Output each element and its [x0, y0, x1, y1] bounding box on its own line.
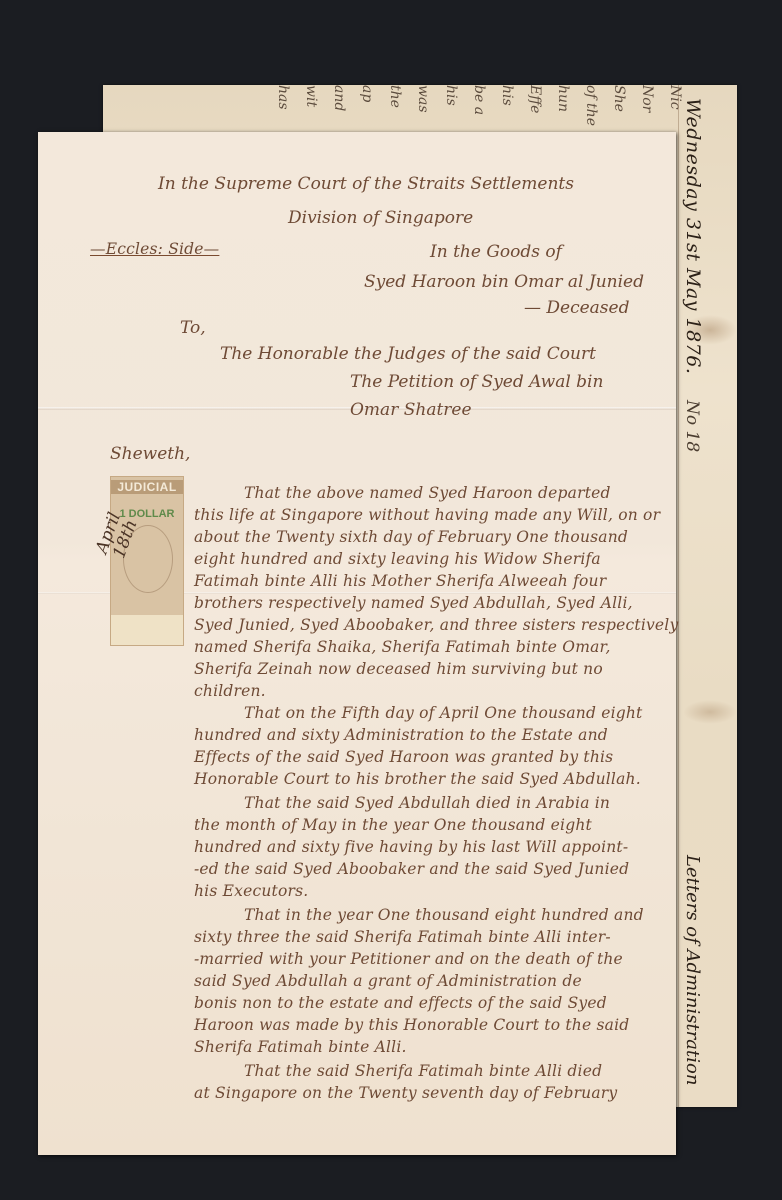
addressee-line2: The Petition of Syed Awal bin — [350, 372, 603, 392]
script-fragment: and — [331, 85, 347, 135]
stamp-header: JUDICIAL — [111, 480, 183, 494]
endorsement-number: No 18 — [682, 400, 702, 452]
court-heading-line2: Division of Singapore — [288, 208, 473, 228]
body-line: children. — [194, 682, 266, 700]
script-fragment: be a — [471, 85, 487, 135]
paper-stain — [683, 700, 737, 724]
body-line: at Singapore on the Twenty seventh day o… — [194, 1084, 617, 1102]
body-line: That in the year One thousand eight hund… — [244, 906, 644, 924]
stamp-cancellation: April 18th — [89, 500, 205, 594]
body-line: named Sherifa Shaika, Sherifa Fatimah bi… — [194, 638, 611, 656]
addressee-line1: The Honorable the Judges of the said Cou… — [220, 344, 596, 364]
addressee-to: To, — [180, 318, 206, 338]
script-fragment: Nic — [667, 85, 683, 135]
side-label: —Eccles: Side— — [90, 240, 219, 258]
back-sheet-script-fragments: Nic Nor She of the hun Effe his be a his… — [243, 85, 683, 135]
script-fragment: was — [415, 85, 431, 135]
body-line: said Syed Abdullah a grant of Administra… — [194, 972, 582, 990]
body-line: Effects of the said Syed Haroon was gran… — [194, 748, 613, 766]
script-fragment: She — [611, 85, 627, 135]
stamp-selvage — [111, 615, 183, 645]
body-line: Honorable Court to his brother the said … — [194, 770, 641, 788]
script-fragment: Nor — [639, 85, 655, 135]
judicial-revenue-stamp: JUDICIAL 1 DOLLAR April 18th — [110, 476, 184, 646]
body-line: That the said Sherifa Fatimah binte Alli… — [244, 1062, 602, 1080]
body-line: about the Twenty sixth day of February O… — [194, 528, 628, 546]
body-line: -married with your Petitioner and on the… — [194, 950, 623, 968]
body-line: his Executors. — [194, 882, 308, 900]
addressee-line3: Omar Shatree — [350, 400, 472, 420]
paper-fold-line — [678, 85, 679, 1107]
body-line: this life at Singapore without having ma… — [194, 506, 660, 524]
body-line: brothers respectively named Syed Abdulla… — [194, 594, 633, 612]
script-fragment: has — [275, 85, 291, 135]
script-fragment: wit — [303, 85, 319, 135]
body-line: the month of May in the year One thousan… — [194, 816, 592, 834]
script-fragment: the — [387, 85, 403, 135]
script-fragment: Effe — [527, 85, 543, 135]
salutation: Sheweth, — [110, 444, 190, 464]
petition-page: In the Supreme Court of the Straits Sett… — [38, 132, 676, 1155]
body-line: Syed Junied, Syed Aboobaker, and three s… — [194, 616, 678, 634]
body-line: hundred and sixty Administration to the … — [194, 726, 608, 744]
script-fragment: his — [499, 85, 515, 135]
endorsement-date: Wednesday 31st May 1876. — [682, 98, 704, 374]
body-line: hundred and sixty five having by his las… — [194, 838, 628, 856]
script-fragment: hun — [555, 85, 571, 135]
body-line: Haroon was made by this Honorable Court … — [194, 1016, 629, 1034]
script-fragment: of the — [583, 85, 599, 135]
matter-line1: In the Goods of — [430, 242, 562, 262]
matter-deceased-label: — Deceased — [524, 298, 629, 318]
body-line: That on the Fifth day of April One thous… — [244, 704, 642, 722]
endorsement-title: Letters of Administration — [682, 855, 703, 1085]
matter-deceased-name: Syed Haroon bin Omar al Junied — [364, 272, 644, 292]
body-line: That the said Syed Abdullah died in Arab… — [244, 794, 610, 812]
script-fragment: ap — [359, 85, 375, 135]
body-line: Sherifa Fatimah binte Alli. — [194, 1038, 407, 1056]
body-line: bonis non to the estate and effects of t… — [194, 994, 607, 1012]
script-fragment: his — [443, 85, 459, 135]
body-line: That the above named Syed Haroon departe… — [244, 484, 611, 502]
body-line: Sherifa Zeinah now deceased him survivin… — [194, 660, 603, 678]
body-line: Fatimah binte Alli his Mother Sherifa Al… — [194, 572, 606, 590]
body-line: sixty three the said Sherifa Fatimah bin… — [194, 928, 611, 946]
body-line: -ed the said Syed Aboobaker and the said… — [194, 860, 629, 878]
court-heading-line1: In the Supreme Court of the Straits Sett… — [158, 174, 574, 194]
body-line: eight hundred and sixty leaving his Wido… — [194, 550, 601, 568]
